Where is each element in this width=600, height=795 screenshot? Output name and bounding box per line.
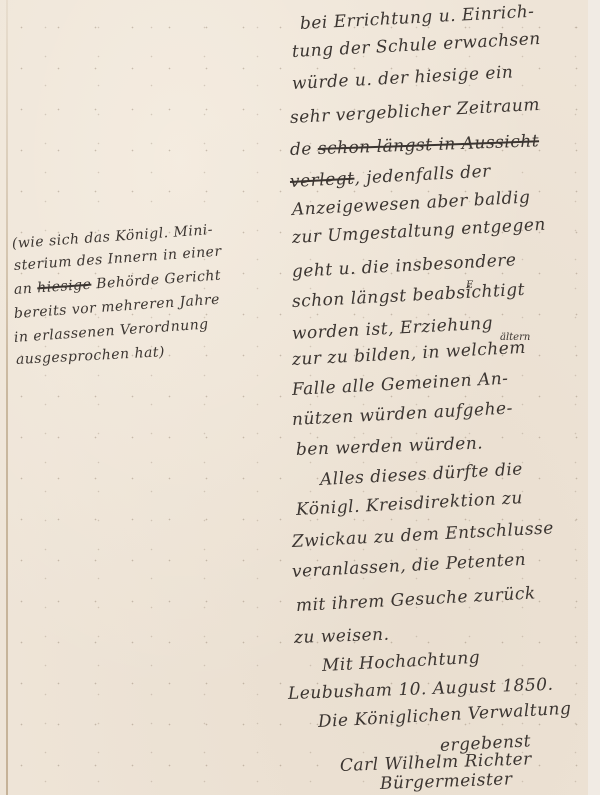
struck-text: schon längst in Aussicht [317,131,539,159]
text-line: worden ist, Erziehung [291,313,493,344]
margin-line: ausgesprochen hat) [16,344,166,368]
text-line: geht u. die insbesondere [291,250,517,282]
text-line: Alles dieses dürfte die [319,459,523,490]
text-line-struck: verlegt, jedenfalls der [289,161,491,191]
text-line: mit ihrem Gesuche zurück [295,583,536,616]
place-date-line: Leubusham 10. August 1850. [288,675,554,704]
text-line: nützen würden aufgehe- [291,398,513,430]
margin-line: in erlassenen Verordnung [13,316,209,346]
text-line: zu weisen. [294,625,390,648]
text-line: ben werden würden. [296,433,484,460]
text-line: bei Errichtung u. Einrich- [299,2,534,34]
text-fragment: , jedenfalls der [354,161,491,188]
text-line: tung der Schule erwachsen [291,29,541,62]
text-fragment: de [290,139,319,160]
signature-title-buergermeister: Bürgermeister [380,769,513,794]
text-line: würde u. der hiesige ein [291,62,513,94]
text-line: zur Umgestaltung entgegen [291,215,546,248]
insertion-mark: E [466,280,473,291]
text-line: Falle alle Gemeinen An- [291,369,508,400]
text-line: Königl. Kreisdirektion zu [295,488,523,520]
authority-line: Die Königlichen Verwaltung [317,699,571,732]
text-fragment: an [13,280,37,298]
text-line-struck: de schon längst in Aussicht [290,131,540,160]
struck-text: verlegt [289,169,354,192]
text-line: schon längst beabsichtigt [291,280,525,312]
text-line: sehr vergeblicher Zeitraum [289,95,540,128]
text-line: zur zu bilden, in welchem [291,338,526,370]
struck-text: hiesige [37,277,92,297]
page-edge [588,0,600,795]
page-fold-line [6,0,8,795]
manuscript-page: bei Errichtung u. Einrich- tung der Schu… [0,0,600,795]
text-fragment: Behörde Gericht [91,268,222,293]
text-line: veranlassen, die Petenten [291,550,526,582]
text-line: Zwickau zu dem Entschlusse [291,518,554,552]
closing-salutation: Mit Hochachtung [321,648,480,676]
text-line: Anzeigewesen aber baldig [291,188,530,220]
